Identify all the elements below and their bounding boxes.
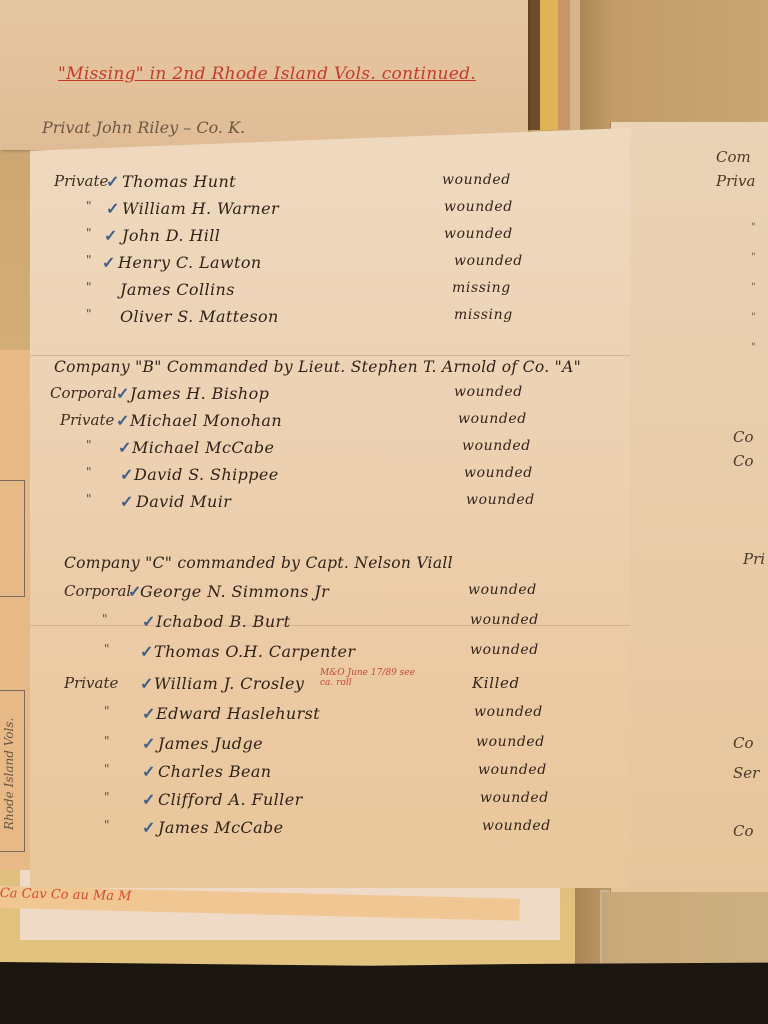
casualty-status: wounded (454, 384, 523, 400)
background-document: "Missing" in 2nd Rhode Island Vols. cont… (0, 0, 528, 150)
right-fragment: Co (733, 452, 754, 470)
soldier-name: Michael McCabe (132, 438, 274, 457)
rank: Corporal (50, 384, 117, 402)
ditto-rank: " (104, 704, 110, 718)
soldier-name: John D. Hill (122, 226, 220, 245)
rank: Private (64, 674, 118, 692)
red-ink-annotation: M&O June 17/89 see ca. roll (320, 668, 420, 688)
casualty-status: wounded (468, 582, 537, 598)
soldier-name: Ichabod B. Burt (156, 612, 290, 631)
company-c-heading: Company "C" commanded by Capt. Nelson Vi… (64, 554, 453, 572)
check-mark-icon: ✓ (106, 199, 119, 218)
casualty-status: wounded (478, 762, 547, 778)
soldier-name: Michael Monohan (130, 411, 282, 430)
right-fragment: Priva (716, 172, 755, 190)
ditto-mark: " (751, 282, 756, 293)
soldier-name: James Collins (120, 280, 235, 299)
roster-row: " ✓ John D. Hill wounded (30, 226, 630, 252)
casualty-status: wounded (462, 438, 531, 454)
ditto-rank: " (86, 226, 92, 240)
roster-row: " Oliver S. Matteson missing (30, 307, 630, 333)
check-mark-icon: ✓ (120, 465, 133, 484)
soldier-name: Thomas Hunt (122, 172, 236, 191)
casualty-status: wounded (466, 492, 535, 508)
ditto-rank: " (86, 307, 92, 321)
roster-row: Private ✓ Thomas Hunt wounded (30, 172, 630, 198)
soldier-name: David Muir (136, 492, 231, 511)
ditto-rank: " (86, 280, 92, 294)
page-fold-line (30, 355, 630, 356)
roster-row: Private ✓ William J. Crosley M&O June 17… (30, 674, 630, 700)
ditto-rank: " (86, 465, 92, 479)
roster-row: Corporal ✓ James H. Bishop wounded (30, 384, 630, 410)
soldier-name: James McCabe (158, 818, 284, 837)
check-mark-icon: ✓ (104, 226, 117, 245)
roster-row: Corporal ✓ George N. Simmons Jr wounded (30, 582, 630, 608)
check-mark-icon: ✓ (120, 492, 133, 511)
check-mark-icon: ✓ (140, 642, 153, 661)
ditto-rank: " (104, 818, 110, 832)
check-mark-icon: ✓ (142, 704, 155, 723)
casualty-status: Killed (472, 674, 520, 692)
photo-scene: "Missing" in 2nd Rhode Island Vols. cont… (0, 0, 768, 1024)
check-mark-icon: ✓ (118, 438, 131, 457)
roster-row: " ✓ Henry C. Lawton wounded (30, 253, 630, 279)
soldier-name: James H. Bishop (130, 384, 269, 403)
roster-row: " ✓ David Muir wounded (30, 492, 630, 518)
check-mark-icon: ✓ (116, 384, 129, 403)
ditto-rank: " (86, 199, 92, 213)
casualty-status: wounded (458, 411, 527, 427)
soldier-name: George N. Simmons Jr (140, 582, 329, 601)
casualty-status: missing (452, 280, 511, 296)
right-fragment: Ser (733, 764, 759, 782)
check-mark-icon: ✓ (142, 762, 155, 781)
soldier-name: Clifford A. Fuller (158, 790, 303, 809)
page-fold-line (30, 625, 630, 626)
soldier-name: William J. Crosley (154, 674, 304, 693)
right-fragment: Co (733, 428, 754, 446)
roster-row: " ✓ William H. Warner wounded (30, 199, 630, 225)
ditto-rank: " (86, 253, 92, 267)
check-mark-icon: ✓ (116, 411, 129, 430)
soldier-name: Oliver S. Matteson (120, 307, 279, 326)
roster-row: " ✓ David S. Shippee wounded (30, 465, 630, 491)
ditto-mark: " (751, 252, 756, 263)
folder-edge-strip (528, 0, 580, 130)
check-mark-icon: ✓ (142, 612, 155, 631)
left-form-box (0, 480, 25, 597)
roster-row: " ✓ James McCabe wounded (30, 818, 630, 844)
soldier-name: Henry C. Lawton (118, 253, 262, 272)
casualty-status: wounded (476, 734, 545, 750)
check-mark-icon: ✓ (142, 790, 155, 809)
ditto-rank: " (104, 762, 110, 776)
company-b-heading: Company "B" Commanded by Lieut. Stephen … (54, 358, 581, 376)
roster-row: " ✓ Charles Bean wounded (30, 762, 630, 788)
casualty-status: wounded (470, 642, 539, 658)
ditto-mark: " (751, 222, 756, 233)
casualty-status: wounded (454, 253, 523, 269)
casualty-status: wounded (482, 818, 551, 834)
right-fragment: Co (733, 822, 754, 840)
ditto-rank: " (104, 790, 110, 804)
soldier-name: Charles Bean (158, 762, 272, 781)
roster-row: " ✓ James Judge wounded (30, 734, 630, 760)
ditto-rank: " (86, 492, 92, 506)
casualty-status: wounded (480, 790, 549, 806)
background-first-line: Privat John Riley – Co. K. (42, 118, 245, 137)
casualty-status: wounded (464, 465, 533, 481)
casualty-status: missing (454, 307, 513, 323)
check-mark-icon: ✓ (106, 172, 119, 191)
right-page: Com Priva " " " " " Co Co Pri Co Ser Co (610, 122, 768, 892)
soldier-name: David S. Shippee (134, 465, 279, 484)
ditto-rank: " (86, 438, 92, 452)
soldier-name: William H. Warner (122, 199, 279, 218)
left-edge-vertical-text: Rhode Island Vols. (2, 690, 28, 830)
plastic-sleeve (600, 890, 768, 969)
casualty-status: wounded (444, 199, 513, 215)
right-fragment: Co (733, 734, 754, 752)
check-mark-icon: ✓ (102, 253, 115, 272)
soldier-name: Edward Haslehurst (156, 704, 320, 723)
rank: Private (60, 411, 114, 429)
right-fragment: Pri (743, 550, 765, 568)
roster-row: Private ✓ Michael Monohan wounded (30, 411, 630, 437)
roster-row: " ✓ Edward Haslehurst wounded (30, 704, 630, 730)
ditto-rank: " (104, 734, 110, 748)
roster-row: " James Collins missing (30, 280, 630, 306)
roster-row: " ✓ Clifford A. Fuller wounded (30, 790, 630, 816)
ditto-rank: " (104, 642, 110, 656)
dark-table-surface (0, 962, 768, 1024)
roster-row: " ✓ Michael McCabe wounded (30, 438, 630, 464)
roster-row: " ✓ Thomas O.H. Carpenter wounded (30, 642, 630, 668)
rank: Corporal (64, 582, 131, 600)
ditto-rank: " (102, 612, 108, 626)
background-heading: "Missing" in 2nd Rhode Island Vols. cont… (58, 64, 476, 84)
roster-page: Private ✓ Thomas Hunt wounded " ✓ Willia… (30, 128, 630, 888)
check-mark-icon: ✓ (142, 734, 155, 753)
casualty-status: wounded (442, 172, 511, 188)
ditto-mark: " (751, 312, 756, 323)
rank: Private (54, 172, 108, 190)
soldier-name: Thomas O.H. Carpenter (154, 642, 355, 661)
ditto-mark: " (751, 342, 756, 353)
casualty-status: wounded (474, 704, 543, 720)
right-fragment: Com (716, 148, 751, 166)
soldier-name: James Judge (158, 734, 263, 753)
casualty-status: wounded (444, 226, 513, 242)
check-mark-icon: ✓ (140, 674, 153, 693)
check-mark-icon: ✓ (142, 818, 155, 837)
